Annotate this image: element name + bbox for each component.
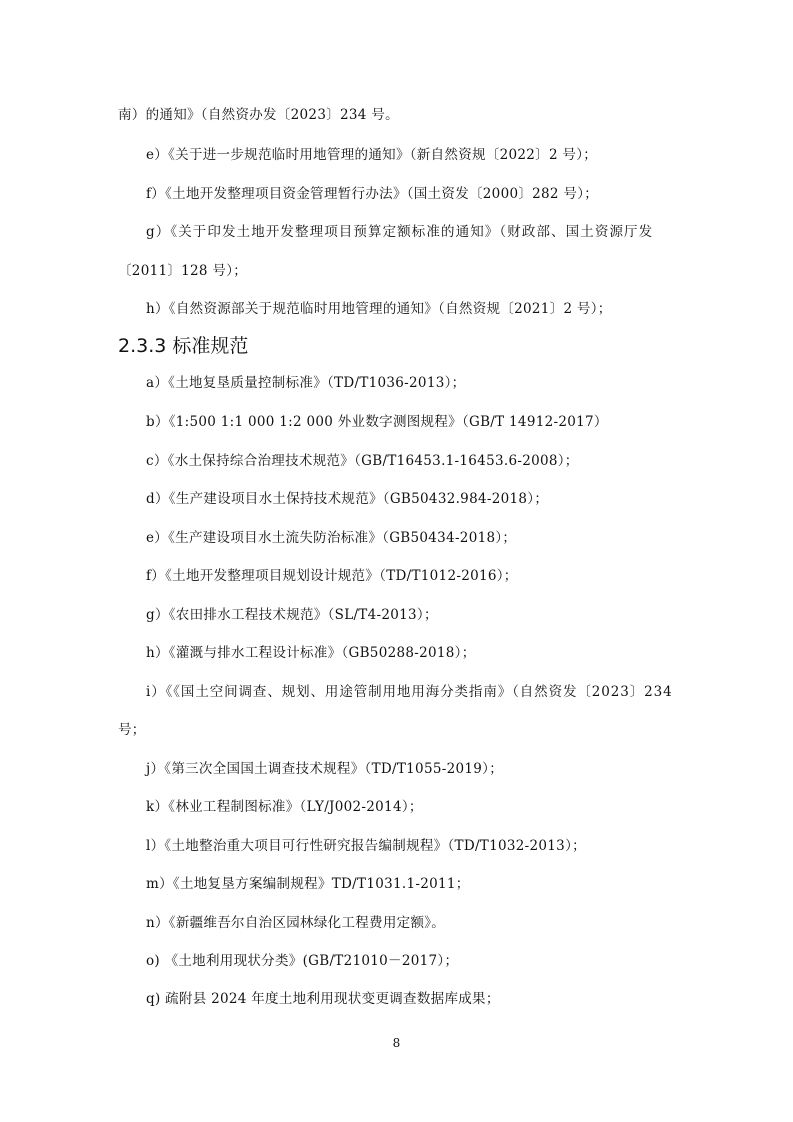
page-number: 8 [0,1036,793,1050]
section-heading: 2.3.3 标准规范 [118,334,248,358]
standard-item-g: g）《农田排水工程技术规范》（SL/T4-2013）； [146,606,438,624]
standard-item-l: l）《土地整治重大项目可行性研究报告编制规程》（TD/T1032-2013）； [146,837,586,855]
standard-item-m: m）《土地复垦方案编制规程》TD/T1031.1-2011； [146,875,470,893]
standard-item-o: o) 《土地利用现状分类》(GB/T21010－2017）； [146,952,458,970]
standard-item-i-continued: 号； [118,721,146,739]
standard-item-n: n）《新疆维吾尔自治区园林绿化工程费用定额》。 [146,914,445,932]
standard-item-f: f）《土地开发整理项目规划设计规范》（TD/T1012-2016）； [146,567,518,585]
standard-item-e: e）《生产建设项目水土流失防治标准》（GB50434-2018）； [146,529,516,547]
standard-item-a: a）《土地复垦质量控制标准》（TD/T1036-2013）； [146,374,465,392]
standard-item-d: d）《生产建设项目水土保持技术规范》（GB50432.984-2018）； [146,490,548,508]
standard-item-q: q) 疏附县 2024 年度土地利用现状变更调查数据库成果； [146,990,500,1008]
list-item-g-continued: 〔2011〕128 号）； [118,262,247,280]
standard-item-b: b）《1:500 1:1 000 1:2 000 外业数字测图规程》（GB/T … [146,413,608,431]
list-item-g: g）《关于印发土地开发整理项目预算定额标准的通知》（财政部、国土资源厅发 [146,223,653,241]
list-item-e: e）《关于进一步规范临时用地管理的通知》（新自然资规〔2022〕2 号）； [146,146,597,164]
standard-item-h: h）《灌溉与排水工程设计标准》（GB50288-2018）； [146,644,476,662]
standard-item-c: c）《水土保持综合治理技术规范》（GB/T16453.1-16453.6-200… [146,452,579,470]
list-item-f: f）《土地开发整理项目资金管理暂行办法》（国土资发〔2000〕282 号）； [146,185,598,203]
list-item-h: h）《自然资源部关于规范临时用地管理的通知》（自然资规〔2021〕2 号）； [146,300,612,318]
standard-item-i: i）《《国土空间调查、规划、用途管制用地用海分类指南》（自然资发〔2023〕23… [146,683,673,701]
continued-line: 南）的通知》（自然资办发〔2023〕234 号。 [118,106,399,124]
standard-item-j: j）《第三次全国国土调查技术规程》（TD/T1055-2019）； [146,760,503,778]
standard-item-k: k）《林业工程制图标准》（LY/J002-2014）； [146,798,423,816]
